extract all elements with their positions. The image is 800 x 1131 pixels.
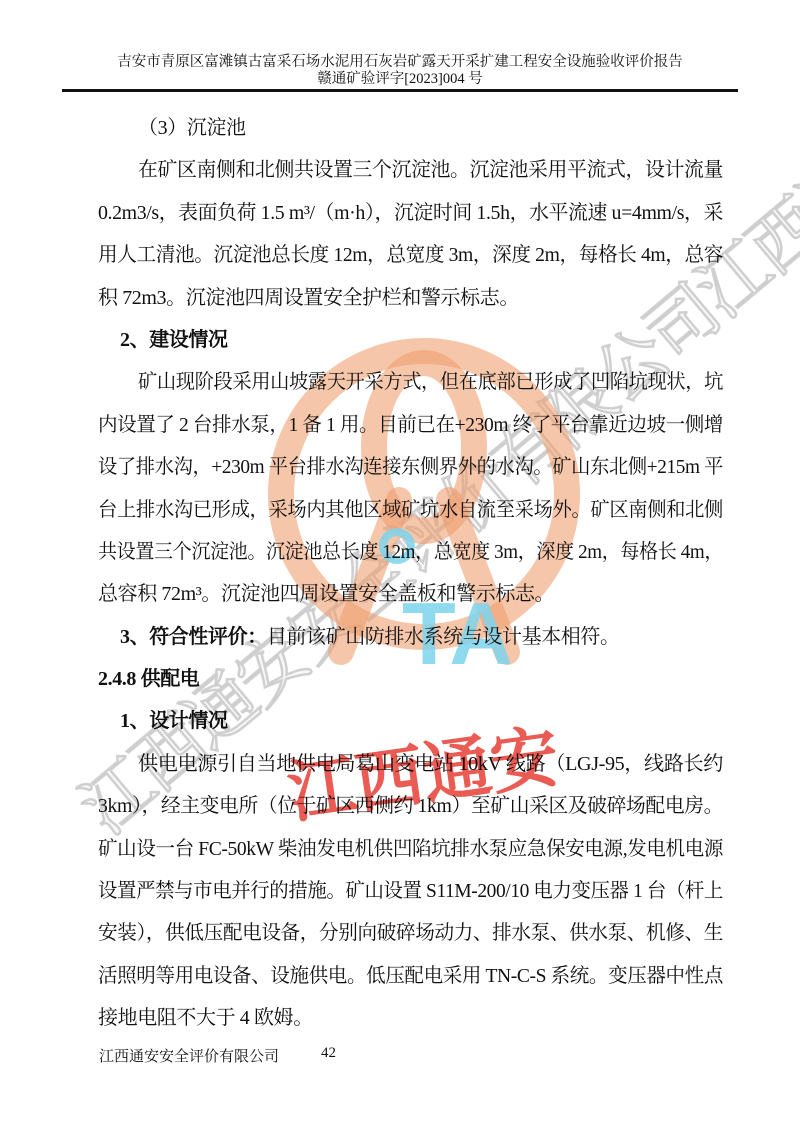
body-line: （3）沉淀池 <box>98 107 723 149</box>
body-line: 在矿区南侧和北侧共设置三个沉淀池。沉淀池采用平流式，设计流量 <box>98 149 723 191</box>
body-line: 用人工清池。沉淀池总长度 12m，总宽度 3m，深度 2m，每格长 4m，总容 <box>98 234 723 276</box>
body-line: 2、建设情况 <box>98 319 723 361</box>
body-line: 安装），供低压配电设备，分别向破碎场动力、排水泵、供水泵、机修、生 <box>98 912 723 954</box>
body-line-text: 矿山现阶段采用山坡露天开采方式，但在底部已形成了凹陷坑现状，坑 <box>138 361 723 403</box>
body-line-text: 矿山设一台 FC-50kW 柴油发电机供凹陷坑排水泵应急保安电源,发电机电源 <box>98 828 723 870</box>
body-line: 2.4.8 供配电 <box>98 658 723 700</box>
page-number: 42 <box>321 1045 336 1062</box>
body-line: 矿山现阶段采用山坡露天开采方式，但在底部已形成了凹陷坑现状，坑 <box>98 361 723 403</box>
body-line: 台上排水沟已形成，采场内其他区域矿坑水自流至采场外。矿区南侧和北侧 <box>98 489 723 531</box>
body-line: 接地电阻不大于 4 欧姆。 <box>98 997 723 1039</box>
document-page: 江西通安安全评价有限公司江西通安 TA 吉安市青原区富滩镇古富采石场水泥用石灰岩… <box>0 0 800 1131</box>
body-line: 积 72m3。沉淀池四周设置安全护栏和警示标志。 <box>98 277 723 319</box>
body-line: 设了排水沟，+230m 平台排水沟连接东侧界外的水沟。矿山东北侧+215m 平 <box>98 446 723 488</box>
body-line-text: 在矿区南侧和北侧共设置三个沉淀池。沉淀池采用平流式，设计流量 <box>138 149 723 191</box>
body-line: 内设置了 2 台排水泵，1 备 1 用。目前已在+230m 终了平台靠近边坡一侧… <box>98 404 723 446</box>
document-body: （3）沉淀池在矿区南侧和北侧共设置三个沉淀池。沉淀池采用平流式，设计流量0.2m… <box>98 107 723 1040</box>
body-line-text: 1、设计情况 <box>120 700 228 742</box>
header-rule <box>62 89 738 92</box>
body-line: 设置严禁与市电并行的措施。矿山设置 S11M-200/10 电力变压器 1 台（… <box>98 870 723 912</box>
body-line-text: 接地电阻不大于 4 欧姆。 <box>98 997 313 1039</box>
body-line-text: 3、符合性评价：目前该矿山防排水系统与设计基本相符。 <box>120 616 620 658</box>
body-line-text: （3）沉淀池 <box>138 107 246 149</box>
body-line: 活照明等用电设备、设施供电。低压配电采用 TN-C-S 系统。变压器中性点 <box>98 955 723 997</box>
body-line-text: 用人工清池。沉淀池总长度 12m，总宽度 3m，深度 2m，每格长 4m，总容 <box>98 234 723 276</box>
page-footer: 江西通安安全评价有限公司 42 <box>0 1045 800 1069</box>
footer-company: 江西通安安全评价有限公司 <box>99 1045 279 1066</box>
body-line-text: 内设置了 2 台排水泵，1 备 1 用。目前已在+230m 终了平台靠近边坡一侧… <box>98 404 723 446</box>
body-line-text: 0.2m3/s，表面负荷 1.5 m³/（m·h），沉淀时间 1.5h，水平流速… <box>98 192 723 234</box>
body-line: 共设置三个沉淀池。沉淀池总长度 12m，总宽度 3m，深度 2m，每格长 4m， <box>98 531 723 573</box>
header-report-title: 吉安市青原区富滩镇古富采石场水泥用石灰岩矿露天开采扩建工程安全设施验收评价报告 <box>64 54 736 71</box>
body-line-text: 2.4.8 供配电 <box>98 658 199 700</box>
body-line: 总容积 72m³。沉淀池四周设置安全盖板和警示标志。 <box>98 573 723 615</box>
body-line-text: 安装），供低压配电设备，分别向破碎场动力、排水泵、供水泵、机修、生 <box>98 912 723 954</box>
body-line-text: 活照明等用电设备、设施供电。低压配电采用 TN-C-S 系统。变压器中性点 <box>98 955 723 997</box>
body-line: 矿山设一台 FC-50kW 柴油发电机供凹陷坑排水泵应急保安电源,发电机电源 <box>98 828 723 870</box>
body-line-text: 设置严禁与市电并行的措施。矿山设置 S11M-200/10 电力变压器 1 台（… <box>98 870 723 912</box>
body-line-text: 积 72m3。沉淀池四周设置安全护栏和警示标志。 <box>98 277 519 319</box>
page-header: 吉安市青原区富滩镇古富采石场水泥用石灰岩矿露天开采扩建工程安全设施验收评价报告 … <box>64 54 736 88</box>
header-doc-number: 赣通矿验评字[2023]004 号 <box>64 71 736 88</box>
body-line-text: 设了排水沟，+230m 平台排水沟连接东侧界外的水沟。矿山东北侧+215m 平 <box>98 446 723 488</box>
body-line-text: 共设置三个沉淀池。沉淀池总长度 12m，总宽度 3m，深度 2m，每格长 4m， <box>98 531 723 573</box>
body-line: 3、符合性评价：目前该矿山防排水系统与设计基本相符。 <box>98 616 723 658</box>
body-line-text: 总容积 72m³。沉淀池四周设置安全盖板和警示标志。 <box>98 573 554 615</box>
body-line-text: 台上排水沟已形成，采场内其他区域矿坑水自流至采场外。矿区南侧和北侧 <box>98 489 723 531</box>
body-line-text: 2、建设情况 <box>120 319 228 361</box>
body-line: 0.2m3/s，表面负荷 1.5 m³/（m·h），沉淀时间 1.5h，水平流速… <box>98 192 723 234</box>
